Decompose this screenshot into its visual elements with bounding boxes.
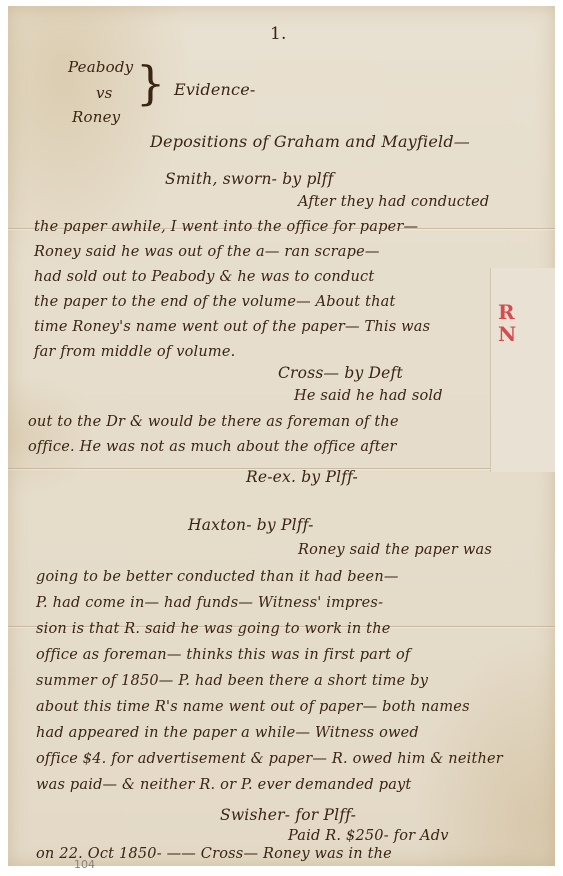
text-line: office $4. for advertisement & paper— R.… [36,751,503,767]
text-line: going to be better conducted than it had… [36,569,399,585]
text-line: the paper to the end of the volume— Abou… [34,294,396,310]
section-heading-cross: Cross— by Deft [278,364,403,382]
text-line: After they had conducted [298,194,489,210]
text-line: time Roney's name went out of the paper—… [34,319,430,335]
pencil-note: 104 [74,858,95,871]
section-heading-swisher: Swisher- for Plff- [220,806,356,824]
text-line: had sold out to Peabody & he was to cond… [34,269,374,285]
brace-icon: } [136,60,165,106]
document-subtitle: Depositions of Graham and Mayfield— [150,132,470,151]
text-line: Roney said the paper was [298,542,492,558]
text-line: out to the Dr & would be there as forema… [28,414,399,430]
section-heading-reexamination: Re-ex. by Plff- [246,468,358,486]
section-heading-haxton: Haxton- by Plff- [188,516,314,534]
text-line: Roney said he was out of the a— ran scra… [34,244,380,260]
text-line: was paid— & neither R. or P. ever demand… [36,777,411,793]
text-line: about this time R's name went out of pap… [36,699,470,715]
case-versus: vs [96,84,113,102]
text-line: office as foreman— thinks this was in fi… [36,647,410,663]
case-defendant: Roney [72,108,120,126]
red-annotation-r: R [498,302,515,322]
document-title: Evidence- [174,80,256,99]
text-line: He said he had sold [294,388,443,404]
text-line: sion is that R. said he was going to wor… [36,621,391,637]
text-line: P. had come in— had funds— Witness' impr… [36,595,383,611]
red-annotation-n: N [498,324,516,344]
page-number: 1. [270,24,287,44]
paper-patch [490,268,555,472]
case-plaintiff: Peabody [68,58,133,76]
text-line: far from middle of volume. [34,344,235,360]
text-line: Paid R. $250- for Adv [288,828,449,844]
section-heading-smith: Smith, sworn- by plff [165,170,334,188]
text-line: had appeared in the paper a while— Witne… [36,725,419,741]
text-line: the paper awhile, I went into the office… [34,219,418,235]
manuscript-page: 1. Peabody vs Roney } Evidence- Depositi… [8,6,555,866]
text-line: summer of 1850— P. had been there a shor… [36,673,428,689]
text-line: office. He was not as much about the off… [28,439,397,455]
